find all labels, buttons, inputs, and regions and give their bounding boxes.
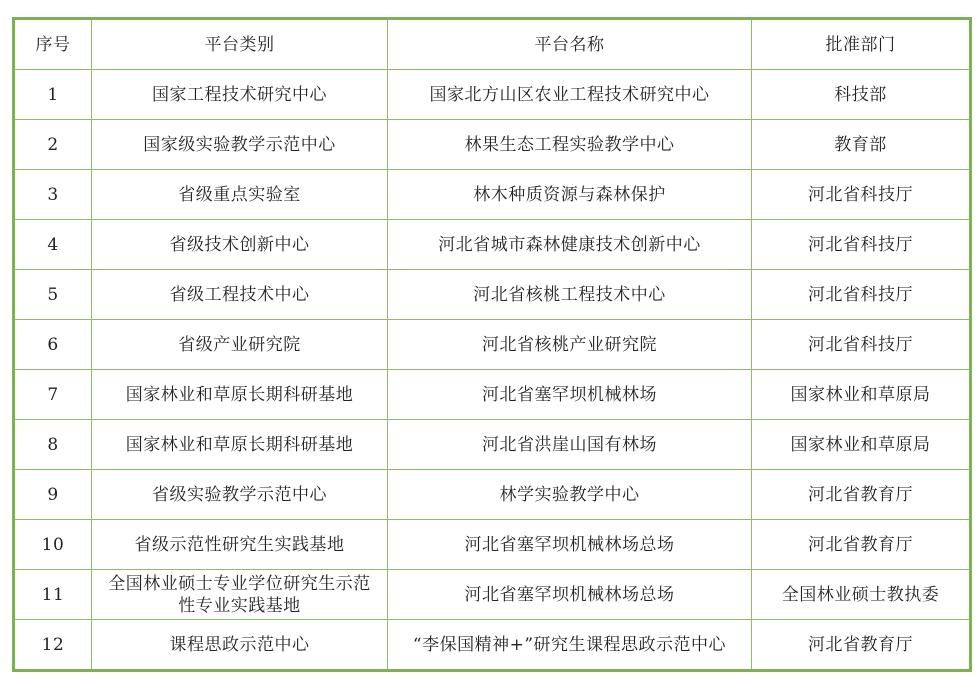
cell-category: 省级示范性研究生实践基地 (92, 520, 388, 570)
cell-name: 林果生态工程实验教学中心 (388, 120, 752, 170)
cell-dept: 科技部 (752, 70, 971, 120)
table-row: 4 省级技术创新中心 河北省城市森林健康技术创新中心 河北省科技厅 (14, 220, 971, 270)
cell-no: 12 (14, 620, 92, 671)
cell-category: 全国林业硕士专业学位研究生示范性专业实践基地 (92, 570, 388, 620)
cell-name: “李保国精神+”研究生课程思政示范中心 (388, 620, 752, 671)
cell-dept: 全国林业硕士教执委 (752, 570, 971, 620)
table-row: 11 全国林业硕士专业学位研究生示范性专业实践基地 河北省塞罕坝机械林场总场 全… (14, 570, 971, 620)
cell-dept: 国家林业和草原局 (752, 420, 971, 470)
table-row: 5 省级工程技术中心 河北省核桃工程技术中心 河北省科技厅 (14, 270, 971, 320)
cell-category: 省级技术创新中心 (92, 220, 388, 270)
header-dept: 批准部门 (752, 19, 971, 70)
cell-category: 省级产业研究院 (92, 320, 388, 370)
cell-name: 林木种质资源与森林保护 (388, 170, 752, 220)
header-category: 平台类别 (92, 19, 388, 70)
platforms-table: 序号 平台类别 平台名称 批准部门 1 国家工程技术研究中心 国家北方山区农业工… (12, 17, 972, 672)
cell-dept: 教育部 (752, 120, 971, 170)
cell-no: 9 (14, 470, 92, 520)
cell-name: 河北省塞罕坝机械林场总场 (388, 570, 752, 620)
cell-dept: 河北省科技厅 (752, 220, 971, 270)
cell-category: 省级实验教学示范中心 (92, 470, 388, 520)
header-row: 序号 平台类别 平台名称 批准部门 (14, 19, 971, 70)
cell-category: 省级重点实验室 (92, 170, 388, 220)
cell-dept: 河北省科技厅 (752, 320, 971, 370)
table-row: 3 省级重点实验室 林木种质资源与森林保护 河北省科技厅 (14, 170, 971, 220)
header-name: 平台名称 (388, 19, 752, 70)
table-row: 8 国家林业和草原长期科研基地 河北省洪崖山国有林场 国家林业和草原局 (14, 420, 971, 470)
cell-no: 1 (14, 70, 92, 120)
cell-no: 10 (14, 520, 92, 570)
cell-no: 2 (14, 120, 92, 170)
cell-category: 国家林业和草原长期科研基地 (92, 370, 388, 420)
cell-no: 11 (14, 570, 92, 620)
cell-no: 5 (14, 270, 92, 320)
cell-no: 6 (14, 320, 92, 370)
cell-name: 河北省塞罕坝机械林场 (388, 370, 752, 420)
cell-category: 国家工程技术研究中心 (92, 70, 388, 120)
cell-dept: 河北省科技厅 (752, 170, 971, 220)
header-no: 序号 (14, 19, 92, 70)
table-row: 6 省级产业研究院 河北省核桃产业研究院 河北省科技厅 (14, 320, 971, 370)
cell-dept: 国家林业和草原局 (752, 370, 971, 420)
cell-category: 省级工程技术中心 (92, 270, 388, 320)
cell-name: 河北省核桃产业研究院 (388, 320, 752, 370)
cell-no: 7 (14, 370, 92, 420)
cell-category: 国家级实验教学示范中心 (92, 120, 388, 170)
cell-dept: 河北省科技厅 (752, 270, 971, 320)
cell-dept: 河北省教育厅 (752, 470, 971, 520)
table-row: 9 省级实验教学示范中心 林学实验教学中心 河北省教育厅 (14, 470, 971, 520)
cell-name: 河北省洪崖山国有林场 (388, 420, 752, 470)
cell-no: 4 (14, 220, 92, 270)
table-row: 7 国家林业和草原长期科研基地 河北省塞罕坝机械林场 国家林业和草原局 (14, 370, 971, 420)
table-row: 12 课程思政示范中心 “李保国精神+”研究生课程思政示范中心 河北省教育厅 (14, 620, 971, 671)
table-row: 1 国家工程技术研究中心 国家北方山区农业工程技术研究中心 科技部 (14, 70, 971, 120)
cell-no: 8 (14, 420, 92, 470)
cell-name: 河北省城市森林健康技术创新中心 (388, 220, 752, 270)
cell-name: 国家北方山区农业工程技术研究中心 (388, 70, 752, 120)
cell-name: 林学实验教学中心 (388, 470, 752, 520)
cell-name: 河北省塞罕坝机械林场总场 (388, 520, 752, 570)
table-row: 10 省级示范性研究生实践基地 河北省塞罕坝机械林场总场 河北省教育厅 (14, 520, 971, 570)
cell-dept: 河北省教育厅 (752, 620, 971, 671)
cell-dept: 河北省教育厅 (752, 520, 971, 570)
table-row: 2 国家级实验教学示范中心 林果生态工程实验教学中心 教育部 (14, 120, 971, 170)
cell-category: 国家林业和草原长期科研基地 (92, 420, 388, 470)
cell-name: 河北省核桃工程技术中心 (388, 270, 752, 320)
cell-no: 3 (14, 170, 92, 220)
cell-category: 课程思政示范中心 (92, 620, 388, 671)
